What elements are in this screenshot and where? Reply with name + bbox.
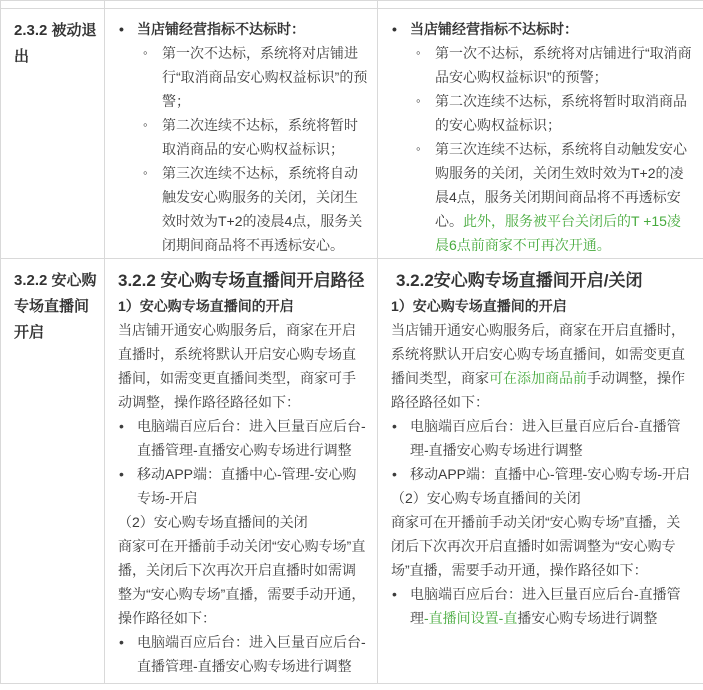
policy-comparison-table: 2.3.2 被动退出 • 当店铺经营指标不达标时： ◦ 第一次不达标，系统将对店…	[0, 0, 703, 684]
paragraph: 当店铺开通安心购服务后，商家在开启直播时，系统将默认开启安心购专场直播间，如需变…	[118, 318, 368, 414]
bullet-icon: •	[119, 17, 124, 41]
list-item: ◦ 第一次不达标，系统将对店铺进行“取消商品安心购权益标识”的预警；	[391, 41, 694, 89]
circle-bullet-icon: ◦	[143, 161, 148, 185]
list-item-text: 第一次不达标，系统将对店铺进行“取消商品安心购权益标识”的预警；	[435, 45, 692, 85]
empty-cell	[105, 1, 378, 9]
section-label: 3.2.2 安心购专场直播间开启	[1, 259, 104, 683]
paragraph: 商家可在开播前手动关闭“安心购专场”直播，关闭后下次再次开启直播时如需调整为“安…	[118, 534, 368, 630]
circle-bullet-icon: ◦	[416, 41, 421, 65]
list-item: • 电脑端百应后台：进入巨量百应后台-直播管理-直播间设置-直播安心购专场进行调…	[391, 582, 694, 630]
section-label-cell: 3.2.2 安心购专场直播间开启	[1, 259, 105, 684]
list-item-text: 当店铺经营指标不达标时：	[410, 21, 578, 37]
list-item-text: 第一次不达标，系统将对店铺进行“取消商品安心购权益标识”的预警；	[162, 45, 367, 109]
list-item: ◦ 第三次连续不达标，系统将自动触发安心购服务的关闭，关闭生效时效为T+2的凌晨…	[118, 161, 368, 257]
list-item: • 移动APP端：直播中心-管理-安心购专场-开启	[391, 462, 694, 486]
list-item: • 电脑端百应后台：进入巨量百应后台-直播管理-直播安心购专场进行调整	[118, 630, 368, 678]
circle-bullet-icon: ◦	[143, 113, 148, 137]
old-version-cell: 3.2.2 安心购专场直播间开启路径 1）安心购专场直播间的开启 当店铺开通安心…	[105, 259, 378, 684]
circle-bullet-icon: ◦	[416, 137, 421, 161]
list-item: ◦ 第三次连续不达标，系统将自动触发安心购服务的关闭，关闭生效时效为T+2的凌晨…	[391, 137, 694, 257]
section-heading: 3.2.2安心购专场直播间开启/关闭	[391, 267, 694, 294]
bullet-icon: •	[392, 582, 397, 606]
old-version-cell: • 当店铺经营指标不达标时： ◦ 第一次不达标，系统将对店铺进行“取消商品安心购…	[105, 9, 378, 259]
added-text: 此外，服务被平台关闭后的T +15凌晨6点前商家不可再次开通。	[435, 213, 681, 253]
paragraph: 当店铺开通安心购服务后，商家在开启直播时，系统将默认开启安心购专场直播间，如需变…	[391, 318, 694, 414]
bullet-icon: •	[119, 630, 124, 654]
table-row-partial	[1, 1, 703, 9]
list-item-text: 移动APP端：直播中心-管理-安心购专场-开启	[137, 466, 356, 506]
list-item-text: 移动APP端：直播中心-管理-安心购专场-开启	[410, 466, 690, 482]
sub-heading: （2）安心购专场直播间的关闭	[391, 486, 694, 510]
list-item-text: 第二次连续不达标，系统将暂时取消商品的安心购权益标识；	[162, 117, 358, 157]
bullet-icon: •	[119, 462, 124, 486]
list-item: ◦ 第二次连续不达标，系统将暂时取消商品的安心购权益标识；	[391, 89, 694, 137]
section-label-cell: 2.3.2 被动退出	[1, 9, 105, 259]
section-label: 2.3.2 被动退出	[1, 9, 104, 258]
added-text: -直播间设置-直	[424, 610, 517, 626]
list-item: ◦ 第一次不达标，系统将对店铺进行“取消商品安心购权益标识”的预警；	[118, 41, 368, 113]
section-heading: 3.2.2 安心购专场直播间开启路径	[118, 267, 368, 294]
list-item-text: 第二次连续不达标，系统将暂时取消商品的安心购权益标识；	[435, 93, 687, 133]
bullet-icon: •	[392, 414, 397, 438]
list-item-text: 当店铺经营指标不达标时：	[137, 21, 305, 37]
empty-cell	[378, 1, 703, 9]
sub-heading: 1）安心购专场直播间的开启	[391, 294, 694, 318]
circle-bullet-icon: ◦	[416, 89, 421, 113]
list-item: • 当店铺经营指标不达标时：	[118, 17, 368, 41]
list-item: • 当店铺经营指标不达标时：	[391, 17, 694, 41]
empty-cell	[1, 1, 105, 9]
list-item: • 电脑端百应后台：进入巨量百应后台-直播管理-直播安心购专场进行调整	[391, 414, 694, 462]
added-text: 可在添加商品前	[489, 370, 587, 386]
new-version-cell: • 当店铺经营指标不达标时： ◦ 第一次不达标，系统将对店铺进行“取消商品安心购…	[378, 9, 703, 259]
list-item-text: 第三次连续不达标，系统将自动触发安心购服务的关闭，关闭生效时效为T+2的凌晨4点…	[162, 165, 362, 253]
paragraph: 商家可在开播前手动关闭“安心购专场”直播，关闭后下次再次开启直播时如需调整为“安…	[391, 510, 694, 582]
list-item: • 移动APP端：直播中心-管理-安心购专场-开启	[118, 462, 368, 510]
new-version-cell: 3.2.2安心购专场直播间开启/关闭 1）安心购专场直播间的开启 当店铺开通安心…	[378, 259, 703, 684]
list-item-text: 播安心购专场进行调整	[517, 610, 657, 626]
table-row-live-room: 3.2.2 安心购专场直播间开启 3.2.2 安心购专场直播间开启路径 1）安心…	[1, 259, 703, 684]
table-row-passive-exit: 2.3.2 被动退出 • 当店铺经营指标不达标时： ◦ 第一次不达标，系统将对店…	[1, 9, 703, 259]
list-item: ◦ 第二次连续不达标，系统将暂时取消商品的安心购权益标识；	[118, 113, 368, 161]
bullet-icon: •	[392, 17, 397, 41]
list-item-text: 电脑端百应后台：进入巨量百应后台-直播管理-直播安心购专场进行调整	[410, 418, 681, 458]
bullet-icon: •	[119, 414, 124, 438]
bullet-icon: •	[392, 462, 397, 486]
circle-bullet-icon: ◦	[143, 41, 148, 65]
list-item-text: 电脑端百应后台：进入巨量百应后台-直播管理-直播安心购专场进行调整	[137, 634, 366, 674]
list-item: • 电脑端百应后台：进入巨量百应后台-直播管理-直播安心购专场进行调整	[118, 414, 368, 462]
sub-heading: 1）安心购专场直播间的开启	[118, 294, 368, 318]
sub-heading: （2）安心购专场直播间的关闭	[118, 510, 368, 534]
list-item-text: 电脑端百应后台：进入巨量百应后台-直播管理-直播安心购专场进行调整	[137, 418, 366, 458]
